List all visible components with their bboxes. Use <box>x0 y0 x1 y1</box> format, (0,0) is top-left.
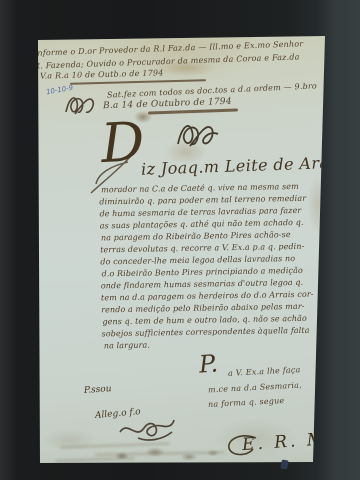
body-line: na largura. <box>104 342 150 351</box>
body-line: gens q. tem de hum e outro lado, q. não … <box>102 315 307 327</box>
body-line: na paragem do Ribeirão Bento Pires achão… <box>101 231 291 242</box>
body-line: sobejos sufficientes correspondentes àqu… <box>102 327 310 339</box>
body-line: onde findarem humas sesmarias d'outra le… <box>101 279 304 291</box>
body-line: terras devolutas q. recorre a V. Ex.a p.… <box>100 243 304 255</box>
manuscript-sheet: Informe o D.or Provedor da R.l Faz.da — … <box>0 0 360 480</box>
body-line: as suas plantações q. athé qui não tem a… <box>100 219 304 231</box>
body-line: d.o Ribeirão Bento Pires principiando a … <box>102 267 303 279</box>
closing-initial: P. <box>198 351 219 376</box>
blue-speck <box>280 459 289 469</box>
body-line: tem na d.a paragem os herdeiros do d.o A… <box>101 291 314 303</box>
photo-stage: Informe o D.or Provedor da R.l Faz.da — … <box>0 0 360 480</box>
body-block: morador na C.a de Caeté q. vive na mesma… <box>0 0 360 480</box>
clerk-rubric-icon <box>118 414 176 442</box>
body-line: diminuirão q. para poder em tal terreno … <box>99 195 306 207</box>
clerk-mark-1: P.ssou <box>84 385 112 396</box>
body-line: de huma sesmaria de terras lavradias par… <box>99 207 301 219</box>
body-line: do conceder-lhe meia legoa dellas lavrad… <box>100 255 295 266</box>
body-line: morador na C.a de Caeté q. vive na mesma… <box>101 183 299 194</box>
body-line: rendo a medição pelo Ribeirão abaixo pel… <box>101 303 304 315</box>
